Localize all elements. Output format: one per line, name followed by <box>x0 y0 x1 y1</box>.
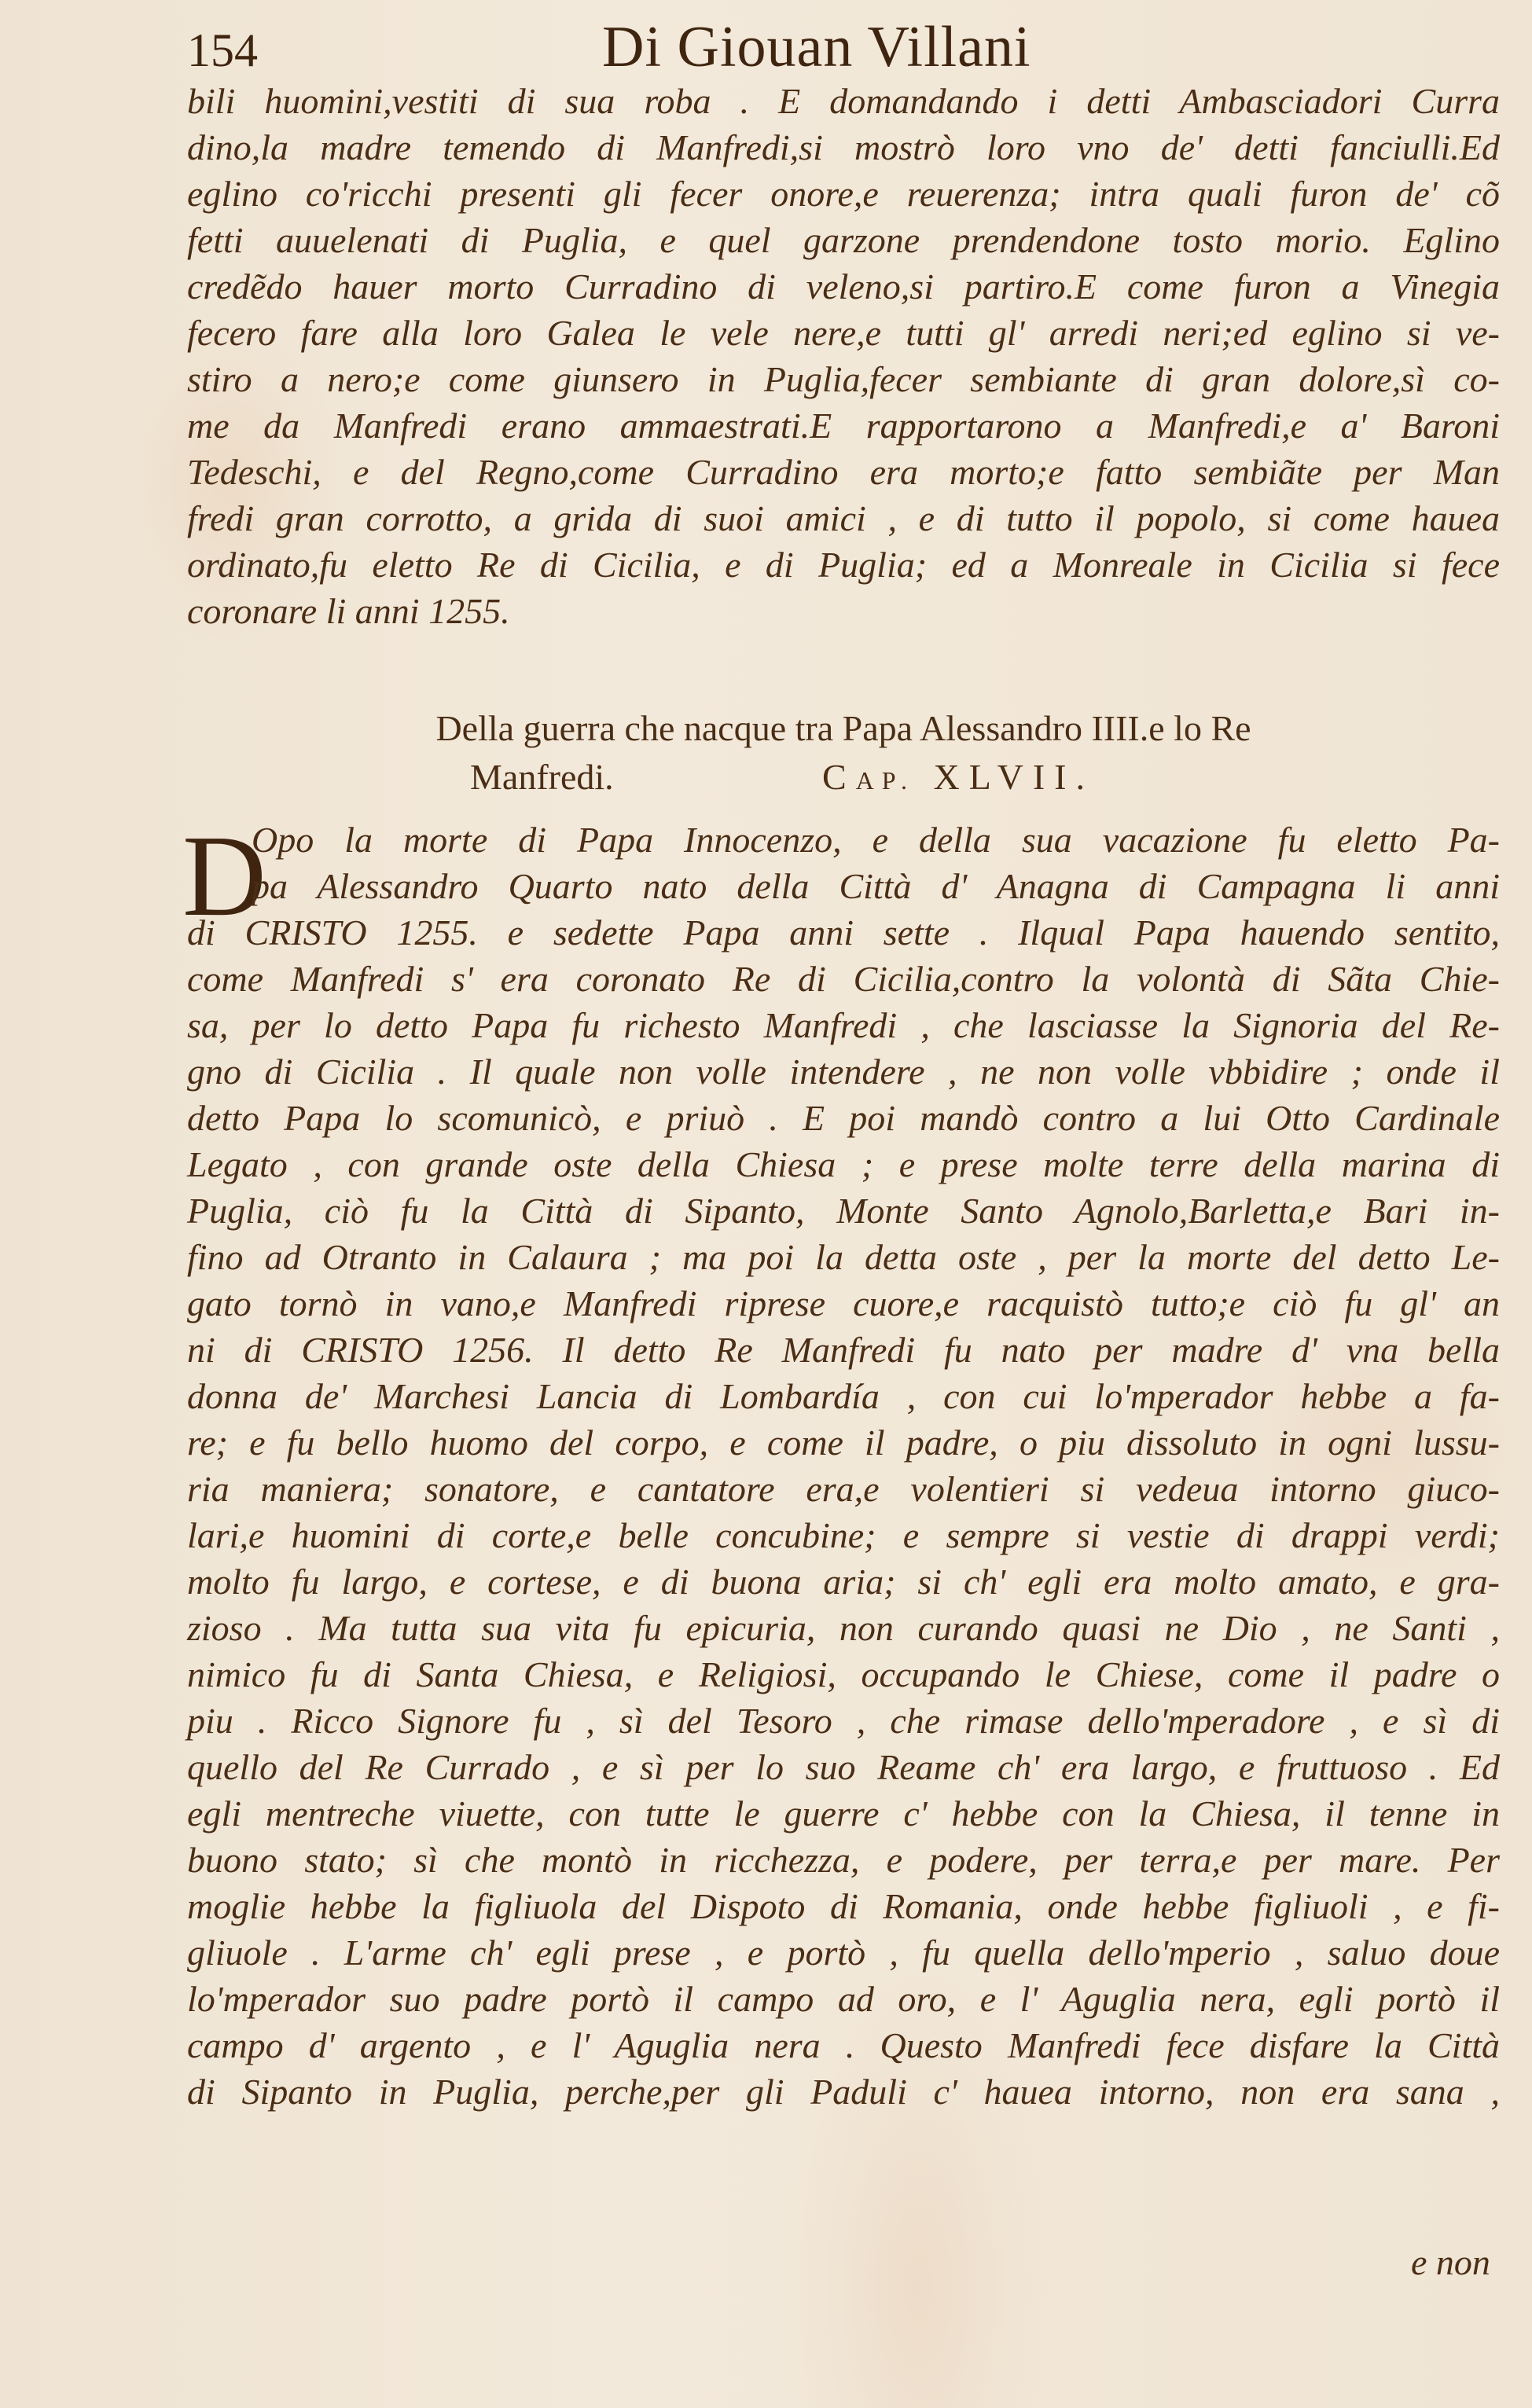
chapter-number: CAP. XLVII. <box>822 756 1094 798</box>
text-line: pa Alessandro Quarto nato della Città d'… <box>252 864 1500 909</box>
text-line: fetti auuelenati di Puglia, e quel garzo… <box>187 218 1500 263</box>
text-line: piu . Ricco Signore fu , sì del Tesoro ,… <box>187 1698 1500 1744</box>
text-line: Tedeschi, e del Regno,come Curradino era… <box>187 450 1500 495</box>
text-line: ni di CRISTO 1256. Il detto Re Manfredi … <box>187 1327 1500 1373</box>
text-line: fino ad Otranto in Calaura ; ma poi la d… <box>187 1235 1500 1280</box>
chapter-title-end: Manfredi. <box>470 756 614 798</box>
text-line: coronare li anni 1255. <box>187 589 1500 634</box>
text-line: moglie hebbe la figliuola del Dispoto di… <box>187 1884 1500 1929</box>
text-line: buono stato; sì che montò in ricchezza, … <box>187 1837 1500 1883</box>
text-line: egli mentreche viuette, con tutte le gue… <box>187 1791 1500 1837</box>
book-page: 154 Di Giouan Villani bili huomini,vesti… <box>0 0 1532 2408</box>
text-line: fredi gran corrotto, a grida di suoi ami… <box>187 496 1500 541</box>
text-line: di CRISTO 1255. e sedette Papa anni sett… <box>187 910 1500 956</box>
text-line: fecero fare alla loro Galea le vele nere… <box>187 310 1500 356</box>
text-line: detto Papa lo scomunicò, e priuò . E poi… <box>187 1096 1500 1141</box>
text-line: dino,la madre temendo di Manfredi,si mos… <box>187 125 1500 171</box>
chapter-title: Della guerra che nacque tra Papa Alessan… <box>187 707 1500 749</box>
running-head: 154 Di Giouan Villani <box>187 14 1523 77</box>
text-line: stiro a nero;e come giunsero in Puglia,f… <box>187 357 1500 402</box>
text-line: come Manfredi s' era coronato Re di Cici… <box>187 956 1500 1002</box>
text-line: donna de' Marchesi Lancia di Lombardía ,… <box>187 1374 1500 1419</box>
text-line: bili huomini,vestiti di sua roba . E dom… <box>187 79 1500 124</box>
text-line: molto fu largo, e cortese, e di buona ar… <box>187 1559 1500 1605</box>
text-line: quello del Re Currado , e sì per lo suo … <box>187 1745 1500 1790</box>
cap-initial: C <box>822 757 856 797</box>
text-line: eglino co'ricchi presenti gli fecer onor… <box>187 171 1500 217</box>
catchword: e non <box>1411 2241 1490 2283</box>
text-line: Legato , con grande oste della Chiesa ; … <box>187 1142 1500 1187</box>
text-line: gato tornò in vano,e Manfredi riprese cu… <box>187 1281 1500 1327</box>
text-line: Puglia, ciò fu la Città di Sipanto, Mont… <box>187 1188 1500 1234</box>
text-line: lari,e huomini di corte,e belle concubin… <box>187 1513 1500 1558</box>
cap-label: AP. <box>856 766 915 795</box>
text-line: campo d' argento , e l' Aguglia nera . Q… <box>187 2023 1500 2068</box>
running-title: Di Giouan Villani <box>602 14 1031 81</box>
text-line: zioso . Ma tutta sua vita fu epicuria, n… <box>187 1606 1500 1651</box>
text-line: Opo la morte di Papa Innocenzo, e della … <box>252 817 1500 863</box>
text-line: credẽdo hauer morto Curradino di veleno,… <box>187 264 1500 310</box>
text-line: lo'mperador suo padre portò il campo ad … <box>187 1977 1500 2022</box>
text-line: gno di Cicilia . Il quale non volle inte… <box>187 1049 1500 1095</box>
text-line: ordinato,fu eletto Re di Cicilia, e di P… <box>187 542 1500 588</box>
cap-roman-numeral: XLVII. <box>934 757 1094 797</box>
text-line: re; e fu bello huomo del corpo, e come i… <box>187 1420 1500 1466</box>
text-line: me da Manfredi erano ammaestrati.E rappo… <box>187 403 1500 449</box>
text-line: ria maniera; sonatore, e cantatore era,e… <box>187 1466 1500 1512</box>
text-line: nimico fu di Santa Chiesa, e Religiosi, … <box>187 1652 1500 1698</box>
text-line: sa, per lo detto Papa fu richesto Manfre… <box>187 1003 1500 1048</box>
text-line: gliuole . L'arme ch' egli prese , e port… <box>187 1930 1500 1976</box>
text-line: di Sipanto in Puglia, perche,per gli Pad… <box>187 2069 1500 2115</box>
page-number: 154 <box>187 24 258 78</box>
